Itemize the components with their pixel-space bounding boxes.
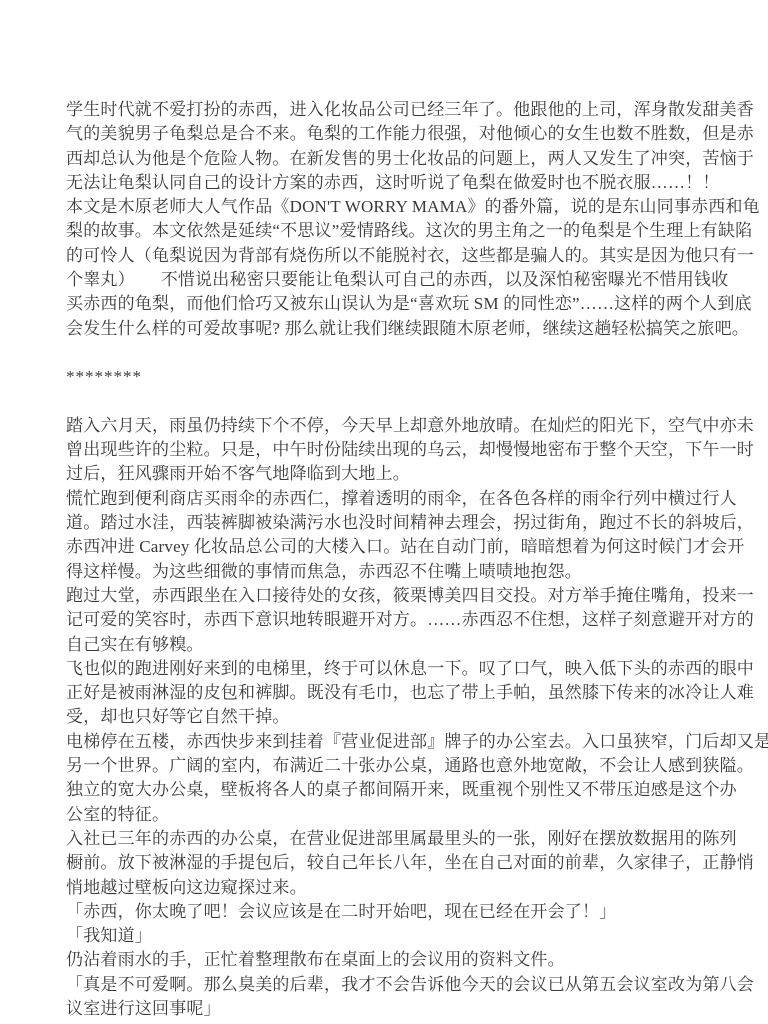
text-line: 入社已三年的赤西的办公桌，在营业促进部里属最里头的一张，刚好在摆放数据用的陈列 bbox=[66, 827, 714, 851]
text-line: 无法让龟梨认同自己的设计方案的赤西，这时听说了龟梨在做爱时也不脱衣服……！！ bbox=[66, 171, 714, 195]
text-line: 「赤西，你太晚了吧！会议应该是在二时开始吧，现在已经在开会了！」 bbox=[66, 900, 714, 924]
text-line: 梨的故事。本文依然是延续“不思议”爱情路线。这次的男主角之一的龟梨是个生理上有缺… bbox=[66, 219, 714, 243]
text-line: 记可爱的笑容时，赤西下意识地转眼避开对方。……赤西忍不住想，这样子刻意避开对方的 bbox=[66, 608, 714, 632]
text-line: 议室进行这回事呢」 bbox=[66, 997, 714, 1021]
text-line: 「真是不可爱啊。那么臭美的后辈，我才不会告诉他今天的会议已从第五会议室改为第八会 bbox=[66, 973, 714, 997]
text-line: 另一个世界。广阔的室内，布满近二十张办公桌，通路也意外地宽敞，不会让人感到狭隘。 bbox=[66, 754, 714, 778]
text-line: 本文是木原老师大人气作品《DON'T WORRY MAMA》的番外篇，说的是东山… bbox=[66, 195, 714, 219]
text-line: 道。踏过水洼，西装裤脚被染满污水也没时间精神去理会，拐过街角，跑过不长的斜坡后， bbox=[66, 511, 714, 535]
text-line: 「我知道」 bbox=[66, 924, 714, 948]
blank-line bbox=[66, 390, 714, 414]
text-line: 过后，狂风骤雨开始不客气地降临到大地上。 bbox=[66, 462, 714, 486]
text-line: 踏入六月天，雨虽仍持续下个不停，今天早上却意外地放晴。在灿烂的阳光下，空气中亦未 bbox=[66, 414, 714, 438]
text-line: 悄地越过壁板向这边窥探过来。 bbox=[66, 876, 714, 900]
section-separator: ******** bbox=[66, 365, 714, 389]
text-line: 气的美貌男子龟梨总是合不来。龟梨的工作能力很强，对他倾心的女生也数不胜数，但是赤 bbox=[66, 122, 714, 146]
text-line: 买赤西的龟梨，而他们恰巧又被东山误认为是“喜欢玩 SM 的同性恋”……这样的两个… bbox=[66, 292, 714, 316]
text-line: 赤西冲进 Carvey 化妆品总公司的大楼入口。站在自动门前，暗暗想着为何这时候… bbox=[66, 535, 714, 559]
text-line: 跑过大堂，赤西跟坐在入口接待处的女孩，筱栗博美四目交投。对方举手掩住嘴角，投来一 bbox=[66, 584, 714, 608]
text-line: 慌忙跑到便利商店买雨伞的赤西仁，撑着透明的雨伞，在各色各样的雨伞行列中横过行人 bbox=[66, 487, 714, 511]
text-line: 的可怜人（龟梨说因为背部有烧伤所以不能脱衬衣，这些都是骗人的。其实是因为他只有一 bbox=[66, 244, 714, 268]
document-page: 学生时代就不爱打扮的赤西，进入化妆品公司已经三年了。他跟他的上司，浑身散发甜美香… bbox=[0, 0, 768, 1024]
text-column: 学生时代就不爱打扮的赤西，进入化妆品公司已经三年了。他跟他的上司，浑身散发甜美香… bbox=[66, 98, 714, 1021]
text-line: 个睾丸） 不惜说出秘密只要能让龟梨认可自己的赤西，以及深怕秘密曝光不惜用钱收 bbox=[66, 268, 714, 292]
text-line: 飞也似的跑进刚好来到的电梯里，终于可以休息一下。叹了口气，映入低下头的赤西的眼中 bbox=[66, 657, 714, 681]
text-line: 橱前。放下被淋湿的手提包后，较自己年长八年，坐在自己对面的前辈，久家律子，正静悄 bbox=[66, 851, 714, 875]
text-line: 正好是被雨淋湿的皮包和裤脚。既没有毛巾，也忘了带上手帕，虽然膝下传来的冰冷让人难 bbox=[66, 681, 714, 705]
text-line: 受，却也只好等它自然干掉。 bbox=[66, 705, 714, 729]
text-line: 得这样慢。为这些细微的事情而焦急，赤西忍不住嘴上啧啧地抱怨。 bbox=[66, 560, 714, 584]
text-line: 会发生什么样的可爱故事呢? 那么就让我们继续跟随木原老师，继续这趟轻松搞笑之旅吧… bbox=[66, 317, 714, 341]
text-line: 公室的特征。 bbox=[66, 803, 714, 827]
text-line: 西却总认为他是个危险人物。在新发售的男士化妆品的问题上，两人又发生了冲突，苦恼于 bbox=[66, 147, 714, 171]
text-line: 仍沾着雨水的手，正忙着整理散布在桌面上的会议用的资料文件。 bbox=[66, 948, 714, 972]
text-line: 电梯停在五楼，赤西快步来到挂着『营业促进部』牌子的办公室去。入口虽狭窄，门后却又… bbox=[66, 730, 714, 754]
text-line: 学生时代就不爱打扮的赤西，进入化妆品公司已经三年了。他跟他的上司，浑身散发甜美香 bbox=[66, 98, 714, 122]
text-line: 曾出现些许的尘粒。只是，中午时份陆续出现的乌云，却慢慢地密布于整个天空，下午一时 bbox=[66, 438, 714, 462]
text-line: 独立的宽大办公桌，壁板将各人的桌子都间隔开来，既重视个别性又不带压迫感是这个办 bbox=[66, 778, 714, 802]
text-line: 自己实在有够糗。 bbox=[66, 633, 714, 657]
blank-line bbox=[66, 341, 714, 365]
